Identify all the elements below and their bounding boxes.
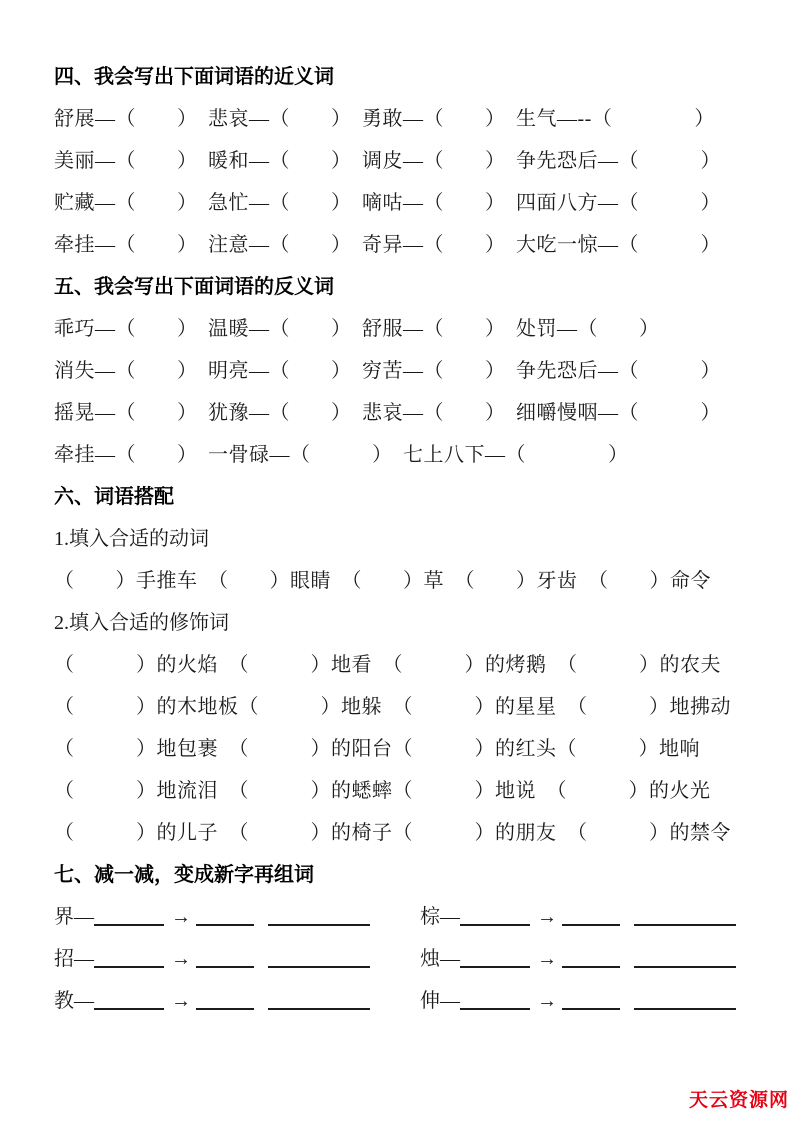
- section-collocation-heading: 六、词语搭配: [54, 476, 755, 518]
- answer-blank: [562, 1007, 620, 1010]
- arrow-icon: →: [537, 948, 557, 970]
- answer-blank: [94, 923, 164, 926]
- answer-blank: [268, 923, 370, 926]
- answer-blank: [460, 923, 530, 926]
- answer-blank: [634, 1007, 736, 1010]
- answer-blank: [268, 1007, 370, 1010]
- antonyms-row: 牵挂—（ ） 一骨碌—（ ） 七上八下—（ ）: [54, 434, 755, 476]
- collocation-sub1-label: 1.填入合适的动词: [54, 518, 755, 560]
- answer-blank: [94, 965, 164, 968]
- section-antonyms-heading: 五、我会写出下面词语的反义词: [54, 266, 755, 308]
- synonyms-row: 舒展—（ ） 悲哀—（ ） 勇敢—（ ） 生气—--（ ）: [54, 98, 755, 140]
- section-synonyms-heading: 四、我会写出下面词语的近义词: [54, 56, 755, 98]
- answer-blank: [634, 923, 736, 926]
- subtraction-cell: 烛—→: [420, 938, 755, 980]
- subtraction-row: 界—→ 棕—→: [54, 896, 755, 938]
- arrow-icon: →: [171, 906, 191, 928]
- subtraction-cell: 棕—→: [420, 896, 755, 938]
- answer-blank: [460, 965, 530, 968]
- synonyms-row: 牵挂—（ ） 注意—（ ） 奇异—（ ） 大吃一惊—（ ）: [54, 224, 755, 266]
- answer-blank: [196, 923, 254, 926]
- answer-blank: [634, 965, 736, 968]
- source-character: 教—: [54, 990, 94, 1012]
- answer-blank: [562, 965, 620, 968]
- worksheet-page: 四、我会写出下面词语的近义词 舒展—（ ） 悲哀—（ ） 勇敢—（ ） 生气—-…: [0, 0, 793, 1122]
- source-character: 烛—: [420, 948, 460, 970]
- answer-blank: [196, 965, 254, 968]
- subtraction-cell: 伸—→: [420, 980, 755, 1022]
- arrow-icon: →: [537, 906, 557, 928]
- arrow-icon: →: [171, 990, 191, 1012]
- collocation-verb-row: （ ）手推车 （ ）眼睛 （ ）草 （ ）牙齿 （ ）命令: [54, 560, 755, 602]
- arrow-icon: →: [537, 990, 557, 1012]
- antonyms-row: 乖巧—（ ） 温暖—（ ） 舒服—（ ） 处罚—（ ）: [54, 308, 755, 350]
- collocation-modifier-row: （ ）的火焰 （ ）地看 （ ）的烤鹅 （ ）的农夫: [54, 644, 755, 686]
- subtraction-cell: 教—→: [54, 980, 420, 1022]
- subtraction-cell: 招—→: [54, 938, 420, 980]
- collocation-modifier-row: （ ）地包裹 （ ）的阳台（ ）的红头（ ）地响: [54, 728, 755, 770]
- source-character: 棕—: [420, 906, 460, 928]
- answer-blank: [562, 923, 620, 926]
- subtraction-cell: 界—→: [54, 896, 420, 938]
- source-character: 招—: [54, 948, 94, 970]
- source-character: 伸—: [420, 990, 460, 1012]
- source-character: 界—: [54, 906, 94, 928]
- subtraction-row: 招—→ 烛—→: [54, 938, 755, 980]
- answer-blank: [460, 1007, 530, 1010]
- collocation-modifier-row: （ ）的儿子 （ ）的椅子（ ）的朋友 （ ）的禁令: [54, 812, 755, 854]
- collocation-modifier-row: （ ）地流泪 （ ）的蟋蟀（ ）地说 （ ）的火光: [54, 770, 755, 812]
- synonyms-row: 美丽—（ ） 暖和—（ ） 调皮—（ ） 争先恐后—（ ）: [54, 140, 755, 182]
- site-watermark: 天云资源网: [689, 1085, 789, 1112]
- section-subtraction-heading: 七、减一减，变成新字再组词: [54, 854, 755, 896]
- answer-blank: [268, 965, 370, 968]
- collocation-sub2-label: 2.填入合适的修饰词: [54, 602, 755, 644]
- antonyms-row: 消失—（ ） 明亮—（ ） 穷苦—（ ） 争先恐后—（ ）: [54, 350, 755, 392]
- collocation-modifier-row: （ ）的木地板（ ）地躲 （ ）的星星 （ ）地拂动: [54, 686, 755, 728]
- synonyms-row: 贮藏—（ ） 急忙—（ ） 嘀咕—（ ） 四面八方—（ ）: [54, 182, 755, 224]
- answer-blank: [94, 1007, 164, 1010]
- antonyms-row: 摇晃—（ ） 犹豫—（ ） 悲哀—（ ） 细嚼慢咽—（ ）: [54, 392, 755, 434]
- answer-blank: [196, 1007, 254, 1010]
- subtraction-row: 教—→ 伸—→: [54, 980, 755, 1022]
- arrow-icon: →: [171, 948, 191, 970]
